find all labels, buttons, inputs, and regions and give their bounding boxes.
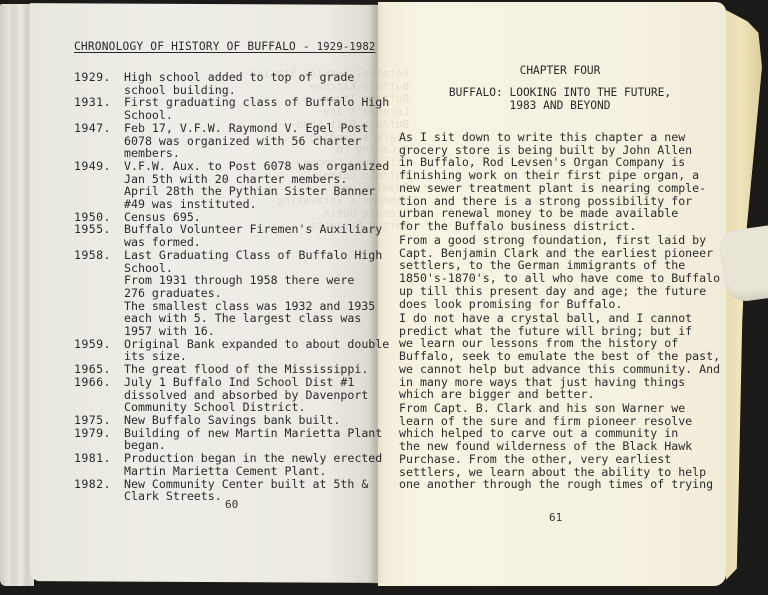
entry-line: Last Graduating Class of Buffalo High — [124, 249, 382, 262]
text-line: which are bigger and better. — [399, 388, 729, 401]
paragraph: As I sit down to write this chapter a ne… — [399, 131, 729, 233]
chronology-list: 1929. High school added to top of grades… — [74, 71, 374, 503]
chapter-title-line: 1983 AND BEYOND — [420, 100, 700, 113]
page-number-left: 60 — [225, 498, 238, 511]
text-line: does look promising for Buffalo. — [399, 298, 729, 311]
entry-line: #49 was instituted. — [124, 198, 389, 211]
entry-year: 1947. — [74, 122, 124, 160]
chronology-title-text: CHRONOLOGY OF HISTORY OF BUFFALO - — [74, 40, 317, 53]
paragraph: From a good strong foundation, first lai… — [399, 234, 729, 310]
entry-line: 276 graduates. — [124, 287, 382, 300]
chronology-entry: 1931. First graduating class of Buffalo … — [74, 96, 374, 121]
entry-line: Martin Marietta Cement Plant. — [124, 465, 382, 478]
paragraph: I do not have a crystal ball, and I cann… — [399, 312, 729, 401]
chronology-entry: 1947. Feb 17, V.F.W. Raymond V. Egel Pos… — [74, 122, 374, 160]
entry-year: 1966. — [74, 376, 124, 414]
entry-year: 1975. — [74, 414, 124, 427]
paragraph: From Capt. B. Clark and his son Warner w… — [399, 402, 729, 491]
entry-year: 1955. — [74, 223, 124, 248]
chronology-title: CHRONOLOGY OF HISTORY OF BUFFALO - 1929-… — [74, 40, 375, 53]
text-line: Purchase. From the other, very earliest — [399, 453, 729, 466]
chapter-title: BUFFALO: LOOKING INTO THE FUTURE, 1983 A… — [420, 87, 700, 112]
entry-line: 1957 with 16. — [124, 325, 382, 338]
entry-line: Production began in the newly erected — [124, 452, 382, 465]
entry-line: July 1 Buffalo Ind School Dist #1 — [124, 376, 374, 389]
entry-line: was formed. — [124, 236, 382, 249]
entry-year: 1929. — [74, 71, 124, 96]
entry-line: Feb 17, V.F.W. Raymond V. Egel Post — [124, 122, 374, 135]
text-line: From Capt. B. Clark and his son Warner w… — [399, 402, 729, 415]
entry-line: Clark Streets. — [124, 490, 374, 503]
text-line: one another through the rough times of t… — [399, 478, 729, 491]
chronology-entry: 1979. Building of new Martin Marietta Pl… — [74, 427, 374, 452]
entry-year: 1965. — [74, 363, 124, 376]
chronology-entry: 1965. The great flood of the Mississippi… — [74, 363, 374, 376]
entry-year: 1931. — [74, 96, 124, 121]
chronology-entry: 1949. V.F.W. Aux. to Post 6078 was organ… — [74, 160, 374, 211]
chronology-entry: 1955. Buffalo Volunteer Firemen's Auxili… — [74, 223, 374, 248]
entry-line: School. — [124, 109, 389, 122]
text-line: As I sit down to write this chapter a ne… — [399, 131, 729, 144]
chronology-entry: 1959. Original Bank expanded to about do… — [74, 338, 374, 363]
text-line: Buffalo, seek to emulate the best of the… — [399, 350, 729, 363]
text-line: up till this present day and age; the fu… — [399, 285, 729, 298]
text-line: 1850's-1870's, to all who have come to B… — [399, 272, 729, 285]
entry-year: 1959. — [74, 338, 124, 363]
chronology-entry: 1958. Last Graduating Class of Buffalo H… — [74, 249, 374, 338]
text-line: we cannot help but advance this communit… — [399, 363, 729, 376]
text-line: the new found wilderness of the Black Ha… — [399, 440, 729, 453]
chapter-title-line: BUFFALO: LOOKING INTO THE FUTURE, — [420, 87, 700, 100]
text-line: finishing work on their first pipe organ… — [399, 169, 729, 182]
entry-year: 1982. — [74, 478, 124, 503]
entry-year: 1981. — [74, 452, 124, 477]
chronology-entry: 1975. New Buffalo Savings bank built. — [74, 414, 374, 427]
chapter-label: CHAPTER FOUR — [420, 64, 700, 77]
text-line: I do not have a crystal ball, and I cann… — [399, 312, 729, 325]
entry-year: 1949. — [74, 160, 124, 211]
entry-year: 1958. — [74, 249, 124, 338]
entry-line: New Buffalo Savings bank built. — [124, 414, 374, 427]
page-edges-stack — [0, 4, 34, 586]
text-line: From a good strong foundation, first lai… — [399, 234, 729, 247]
chronology-entry: 1981. Production began in the newly erec… — [74, 452, 374, 477]
text-line: new sewer treatment plant is nearing com… — [399, 182, 729, 195]
entry-year: 1979. — [74, 427, 124, 452]
entry-line: The great flood of the Mississippi. — [124, 363, 374, 376]
chronology-entry: 1966. July 1 Buffalo Ind School Dist #1d… — [74, 376, 374, 414]
entry-line: High school added to top of grade — [124, 71, 374, 84]
page-number-right: 61 — [549, 511, 562, 524]
text-line: for the Buffalo business district. — [399, 220, 729, 233]
chronology-title-years: 1929-1982 — [317, 41, 376, 53]
chronology-entry: 1982. New Community Center built at 5th … — [74, 478, 374, 503]
entry-line: V.F.W. Aux. to Post 6078 was organized — [124, 160, 389, 173]
chronology-entry: 1929. High school added to top of grades… — [74, 71, 374, 96]
